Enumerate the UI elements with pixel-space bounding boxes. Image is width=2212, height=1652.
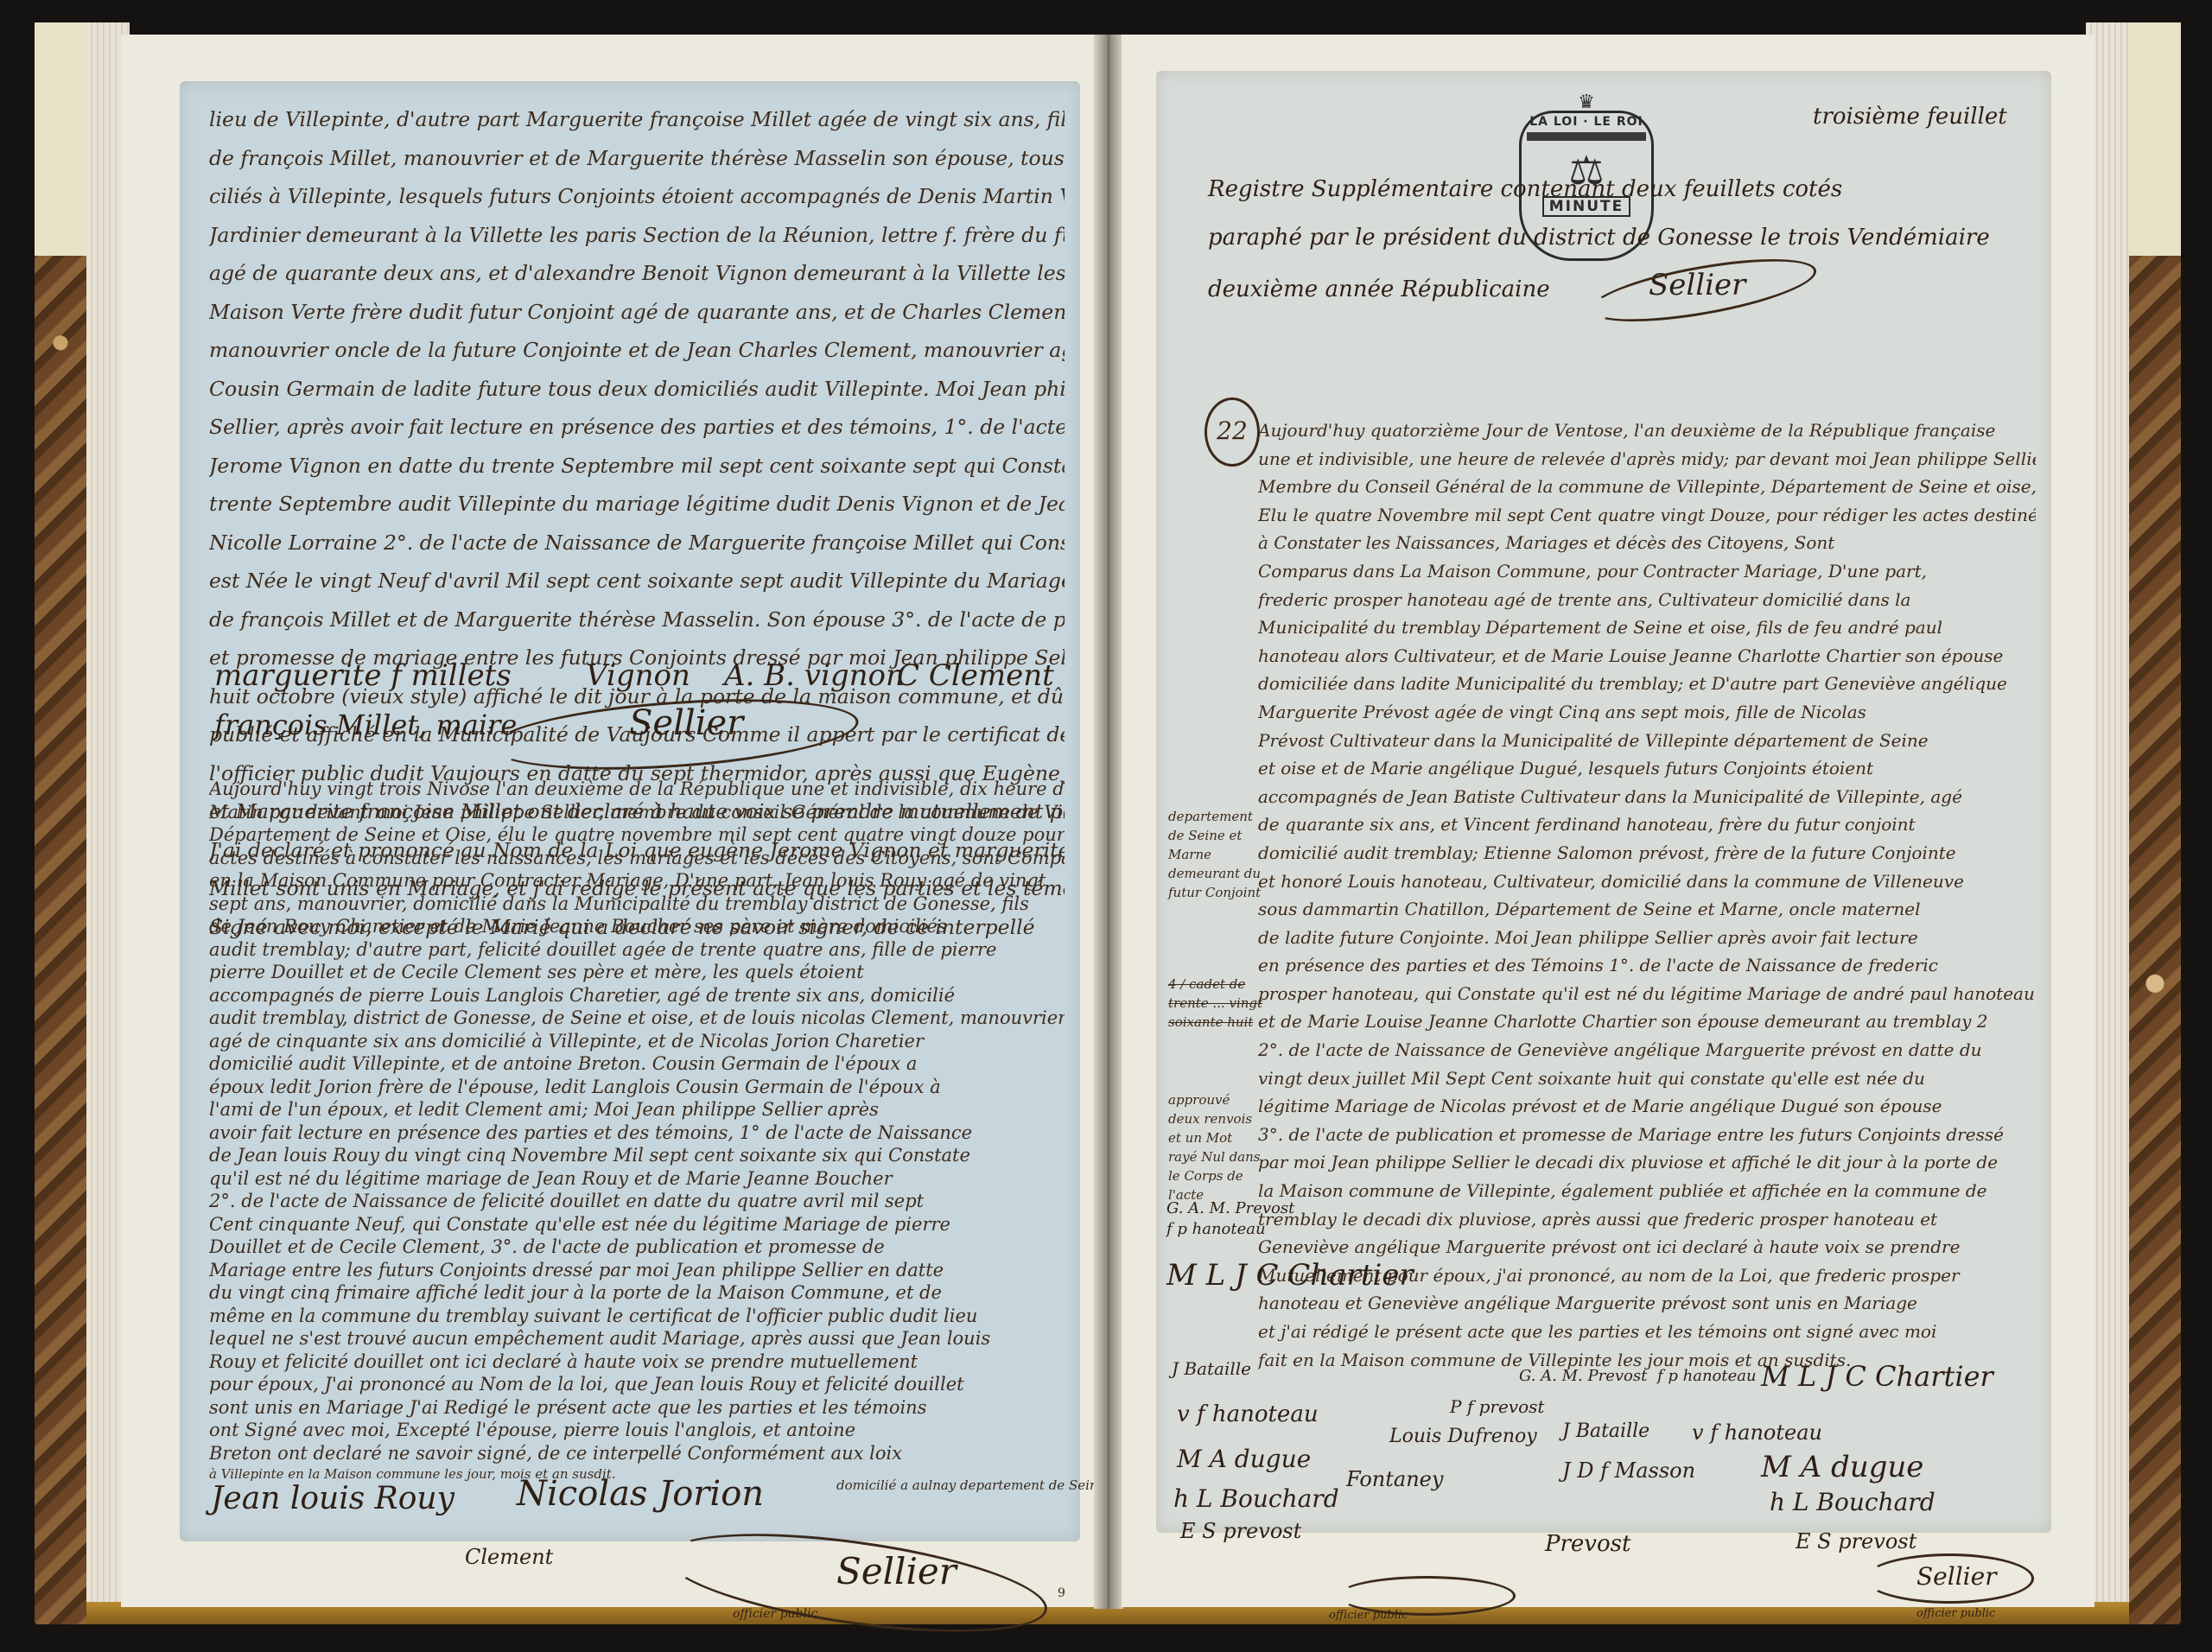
signature: Louis Dufrenoy [1389, 1426, 1537, 1447]
margin-note: 4 / cadet de trente ... vingt soixante h… [1168, 975, 1263, 1032]
text-line: et honoré Louis hanoteau, Cultivateur, d… [1258, 867, 2036, 896]
signature: f p hanoteau [1657, 1367, 1757, 1385]
text-line: domiciliée dans ladite Municipalité du t… [1258, 670, 2036, 698]
text-line: même en la commune du tremblay suivant l… [209, 1305, 1065, 1328]
signature: Jean louis Rouy [211, 1481, 454, 1516]
open-register: lieu de Villepinte, d'autre part Marguer… [35, 22, 2181, 1624]
text-line: Geneviève angélique Marguerite prévost o… [1258, 1233, 2036, 1261]
signature-flourish [659, 1515, 1052, 1650]
text-line: actes destinés à constater les naissance… [209, 847, 1065, 870]
text-line: de ladite future Conjointe. Moi Jean phi… [1258, 924, 2036, 952]
text-line: de Jean louis Rouy du vingt cinq Novembr… [209, 1144, 1065, 1167]
text-line: sont unis en Mariage J'ai Redigé le prés… [209, 1396, 1065, 1420]
text-line: et oise et de Marie angélique Dugué, les… [1258, 754, 2036, 783]
crown-icon: ♛ [1522, 94, 1651, 111]
signature: f p hanoteau [1166, 1220, 1266, 1238]
certification-line: paraphé par le président du district de … [1208, 225, 1990, 251]
text-line: agé de cinquante six ans domicilié à Vil… [209, 1030, 1065, 1053]
text-line: Matin par devant moi Jean philippe Selli… [209, 801, 1065, 824]
text-line: qu'il est né du légitime mariage de Jean… [209, 1167, 1065, 1191]
signature-flourish [1586, 246, 1821, 334]
certification-line: deuxième année Républicaine [1208, 276, 1550, 302]
text-line: à Constater les Naissances, Mariages et … [1258, 529, 2036, 557]
text-line: une et indivisible, une heure de relevée… [1258, 445, 2036, 473]
text-line: l'ami de l'un époux, et ledit Clement am… [209, 1098, 1065, 1121]
signature: M L J C Chartier [1761, 1360, 1993, 1393]
text-line: ont Signé avec moi, Excepté l'épouse, pi… [209, 1419, 1065, 1442]
left-leaf: lieu de Villepinte, d'autre part Marguer… [180, 81, 1080, 1541]
text-line: Rouy et felicité douillet ont ici declar… [209, 1350, 1065, 1374]
text-line: domicilié audit tremblay; Etienne Salomo… [1258, 839, 2036, 867]
text-line: vingt deux juillet Mil Sept Cent soixant… [1258, 1064, 2036, 1093]
signature: v f hanoteau [1692, 1420, 1822, 1445]
signature: h L Bouchard [1173, 1484, 1339, 1513]
text-line: avoir fait lecture en présence des parti… [209, 1121, 1065, 1145]
left-page: lieu de Villepinte, d'autre part Marguer… [121, 35, 1096, 1607]
text-line: Aujourd'huy quatorzième Jour de Ventose,… [1258, 416, 2036, 445]
signature: J Bataille [1172, 1358, 1251, 1379]
signature: M A dugue [1761, 1450, 1923, 1484]
text-line: frederic prosper hanoteau agé de trente … [1258, 586, 2036, 614]
signature-caption: officier public [733, 1607, 817, 1621]
text-line: de françois Millet, manouvrier et de Mar… [209, 139, 1065, 178]
signature: v f hanoteau [1177, 1401, 1319, 1427]
signature: C Clement [897, 658, 1054, 693]
text-line: accompagnés de Jean Batiste Cultivateur … [1258, 783, 2036, 811]
text-line: ciliés à Villepinte, lesquels futurs Con… [209, 177, 1065, 216]
signature: M A dugue [1177, 1445, 1311, 1473]
signature: G. A. M. Prevost [1519, 1367, 1647, 1385]
text-line: trente Septembre audit Villepinte du mar… [209, 485, 1065, 524]
text-line: tremblay le decadi dix pluviose, après a… [1258, 1205, 2036, 1234]
text-line: 3°. de l'acte de publication et promesse… [1258, 1121, 2036, 1149]
text-line: Aujourd'huy vingt trois Nivose l'an deux… [209, 778, 1065, 801]
signature: M L J C Chartier [1166, 1258, 1414, 1293]
signature: Prevost [1545, 1531, 1630, 1557]
page-number: 9 [1058, 1586, 1065, 1600]
signature: Clement [465, 1545, 553, 1569]
text-line: hanoteau et Geneviève angélique Margueri… [1258, 1289, 2036, 1318]
text-line: Cent cinquante Neuf, qui Constate qu'ell… [209, 1213, 1065, 1236]
text-line: Mariage entre les futurs Conjoints dress… [209, 1259, 1065, 1282]
text-line: Comparus dans La Maison Commune, pour Co… [1258, 557, 2036, 586]
margin-note-text: approuvé deux renvois et un Mot rayé Nul… [1168, 1090, 1263, 1204]
text-line: audit tremblay, district de Gonesse, de … [209, 1007, 1065, 1030]
signature: Fontaney [1346, 1467, 1443, 1491]
text-line: de Jean Rouy Charetier et de Marie Jeann… [209, 915, 1065, 938]
text-line: Nicolle Lorraine 2°. de l'acte de Naissa… [209, 524, 1065, 562]
signature: h L Bouchard [1770, 1488, 1935, 1516]
signature-caption: officier public [1916, 1607, 1995, 1620]
folio-header-note: troisième feuillet [1813, 104, 2007, 130]
text-line: légitime Mariage de Nicolas prévost et d… [1258, 1092, 2036, 1121]
signature: J Bataille [1562, 1420, 1649, 1442]
right-leaf: troisième feuillet ♛ LA LOI · LE ROI ⚖ M… [1156, 71, 2051, 1533]
text-line: accompagnés de pierre Louis Langlois Cha… [209, 984, 1065, 1007]
text-line: domicilié audit Villepinte, et de antoin… [209, 1052, 1065, 1076]
book-gutter [1094, 35, 1123, 1609]
marriage-act-rouy-douillet: Aujourd'huy vingt trois Nivose l'an deux… [209, 778, 1065, 1484]
text-line: sous dammartin Chatillon, Département de… [1258, 895, 2036, 924]
stamp-motto: LA LOI · LE ROI [1522, 115, 1651, 129]
signature: A. B. vignon [724, 658, 905, 693]
text-line: de quarante six ans, et Vincent ferdinan… [1258, 810, 2036, 839]
text-line: Département de Seine et Oise, élu le qua… [209, 823, 1065, 847]
text-line: prosper hanoteau, qui Constate qu'il est… [1258, 980, 2036, 1008]
text-line: Jerome Vignon en datte du trente Septemb… [209, 447, 1065, 486]
text-line: la Maison commune de Villepinte, égaleme… [1258, 1177, 2036, 1205]
signature: françois Millet, maire [214, 708, 517, 741]
text-line: et j'ai rédigé le présent acte que les p… [1258, 1318, 2036, 1346]
signature: marguerite f millets [214, 658, 512, 693]
text-line: Breton ont declaré ne savoir signé, de c… [209, 1442, 1065, 1465]
margin-note-text: 4 / cadet de trente ... vingt soixante h… [1168, 975, 1263, 1032]
text-line: en la Maison Commune pour Contracter Mar… [209, 869, 1065, 893]
text-line: et de Marie Louise Jeanne Charlotte Char… [1258, 1007, 2036, 1036]
signature: E S prevost [1180, 1519, 1301, 1543]
text-line: par moi Jean philippe Sellier le decadi … [1258, 1148, 2036, 1177]
right-page: troisième feuillet ♛ LA LOI · LE ROI ⚖ M… [1122, 35, 2094, 1607]
signature: Nicolas Jorion [517, 1474, 764, 1514]
signature: P f prevost [1450, 1396, 1544, 1417]
certification-line: Registre Supplémentaire contenant deux f… [1208, 176, 1842, 202]
text-line: du vingt cinq frimaire affiché ledit jou… [209, 1281, 1065, 1305]
text-line: Municipalité du tremblay Département de … [1258, 613, 2036, 642]
signature: J D f Masson [1562, 1458, 1695, 1483]
margin-note: departement de Seine et Marne demeurant … [1168, 807, 1263, 902]
text-line: Membre du Conseil Général de la commune … [1258, 473, 2036, 501]
signature-flourish [1865, 1554, 2034, 1604]
margin-note: approuvé deux renvois et un Mot rayé Nul… [1168, 1090, 1263, 1204]
text-line: 2°. de l'acte de Naissance de felicité d… [209, 1190, 1065, 1213]
text-line: Maison Verte frère dudit futur Conjoint … [209, 293, 1065, 332]
signature: G. A. M. Prevost [1166, 1199, 1294, 1217]
text-line: pour époux, J'ai prononcé au Nom de la l… [209, 1373, 1065, 1396]
text-line: 2°. de l'acte de Naissance de Geneviève … [1258, 1036, 2036, 1064]
text-line: Sellier, après avoir fait lecture en pré… [209, 408, 1065, 447]
text-line: lieu de Villepinte, d'autre part Marguer… [209, 100, 1065, 139]
text-line: hanoteau alors Cultivateur, et de Marie … [1258, 642, 2036, 670]
text-line: Jardinier demeurant à la Villette les pa… [209, 216, 1065, 255]
text-line: de françois Millet et de Marguerite thér… [209, 600, 1065, 639]
text-line: Douillet et de Cecile Clement, 3°. de l'… [209, 1236, 1065, 1259]
text-line: Prévost Cultivateur dans la Municipalité… [1258, 727, 2036, 755]
text-line: manouvrier oncle de la future Conjointe … [209, 331, 1065, 370]
text-line: pierre Douillet et de Cecile Clement ses… [209, 961, 1065, 984]
text-line: Elu le quatre Novembre mil sept Cent qua… [1258, 501, 2036, 530]
text-line: sept ans, manouvrier, domicilié dans la … [209, 893, 1065, 916]
text-line: Marguerite Prévost agée de vingt Cinq an… [1258, 698, 2036, 727]
act-number: 22 [1205, 397, 1260, 467]
text-line: agé de quarante deux ans, et d'alexandre… [209, 254, 1065, 293]
text-line: audit tremblay; d'autre part, felicité d… [209, 938, 1065, 962]
signature: E S prevost [1796, 1529, 1916, 1554]
text-line: est Née le vingt Neuf d'avril Mil sept c… [209, 562, 1065, 600]
signature-caption: officier public [1329, 1609, 1408, 1622]
signature: Vignon [586, 658, 690, 693]
text-line: en présence des parties et des Témoins 1… [1258, 951, 2036, 980]
marriage-act-hanoteau-prevost: Aujourd'huy quatorzième Jour de Ventose,… [1258, 416, 2036, 1374]
text-line: époux ledit Jorion frère de l'épouse, le… [209, 1076, 1065, 1099]
margin-note-text: departement de Seine et Marne demeurant … [1168, 807, 1263, 902]
text-line: Cousin Germain de ladite future tous deu… [209, 370, 1065, 409]
text-line: lequel ne s'est trouvé aucun empêchement… [209, 1327, 1065, 1350]
